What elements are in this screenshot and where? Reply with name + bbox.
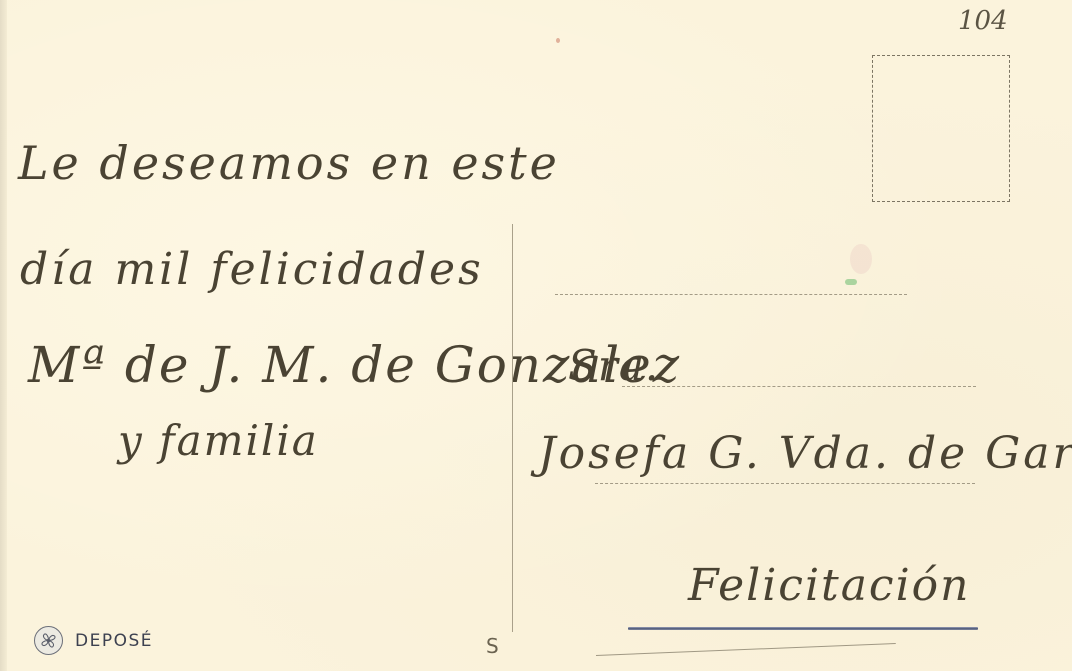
clover-emblem-icon	[34, 626, 63, 655]
message-line-2: día mil felicidades	[20, 248, 484, 292]
stamp-placeholder-box	[872, 55, 1010, 202]
ink-spot	[556, 38, 560, 43]
address-dotted-line-2	[622, 386, 976, 387]
address-line-1: Sra.	[568, 345, 659, 387]
scan-edge	[0, 0, 7, 671]
green-spot	[845, 279, 857, 285]
pencil-stroke	[596, 643, 896, 656]
message-line-1: Le deseamos en este	[18, 140, 560, 186]
subject-underline	[628, 627, 978, 630]
postcard-back: 104 Le deseamos en este día mil felicida…	[0, 0, 1072, 671]
center-divider-line	[512, 224, 513, 632]
paper-stain	[850, 244, 872, 274]
corner-mark: S	[486, 636, 500, 656]
address-dotted-line-1	[555, 294, 907, 295]
page-number: 104	[958, 8, 1008, 34]
subject-line: Felicitación	[688, 564, 970, 608]
signature-line-2: y familia	[118, 420, 319, 462]
address-line-2: Josefa G. Vda. de Garcia	[538, 432, 1072, 476]
publisher-mark: DEPOSÉ	[34, 626, 153, 655]
depose-label: DEPOSÉ	[75, 631, 153, 651]
address-dotted-line-3	[595, 483, 975, 484]
